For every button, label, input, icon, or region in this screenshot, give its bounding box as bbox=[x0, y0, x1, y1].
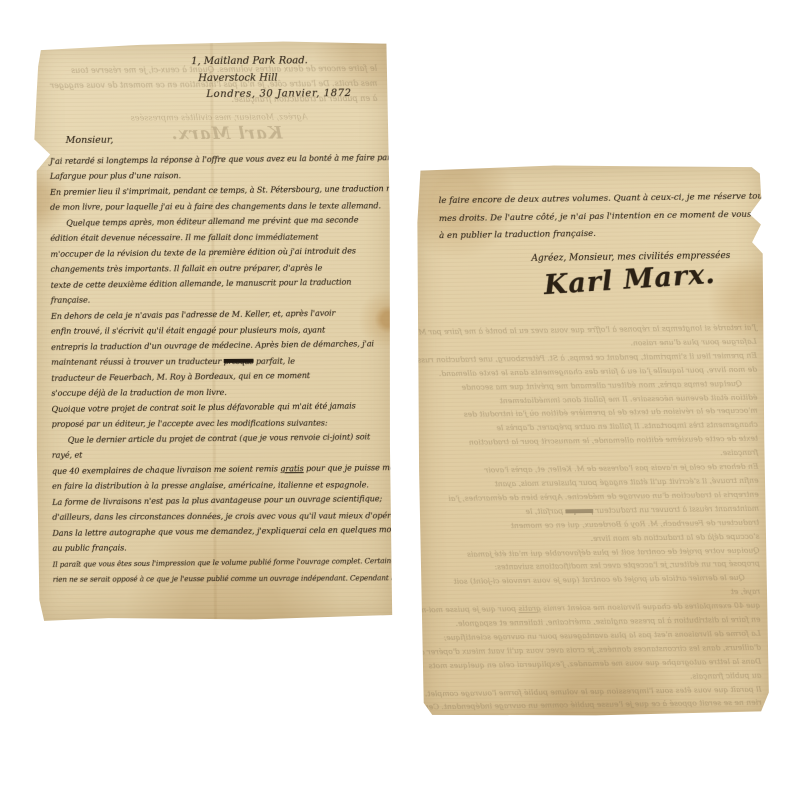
handwriting-segment: que 40 exemplaires de chaque livraison m… bbox=[52, 463, 280, 476]
photo-background: le faire encore de deux autres volumes. … bbox=[0, 0, 800, 800]
handwriting-line: entrepris la traduction d'un ouvrage de … bbox=[427, 488, 759, 507]
handwriting-line: que 40 exemplaires de chaque livraison m… bbox=[428, 599, 760, 618]
handwriting-line: 1, Maitland Park Road. bbox=[191, 53, 351, 71]
handwriting-line: rayé, et bbox=[428, 585, 760, 604]
handwriting-line: française. bbox=[426, 446, 758, 465]
handwriting-line: rien ne se serait opposé à ce que je l'e… bbox=[430, 696, 762, 715]
handwriting-line: s'occupe déjà de la traduction de mon li… bbox=[427, 529, 759, 548]
handwriting-line: En dehors de cela je n'avais pas l'adres… bbox=[426, 460, 758, 479]
handwriting-line: Il paraît que vous êtes sous l'impressio… bbox=[429, 682, 761, 701]
letter-page-2: le faire encore de deux autres volumes. … bbox=[414, 163, 770, 720]
handwriting-line: proposé par un éditeur, je l'accepte ave… bbox=[428, 557, 760, 576]
handwriting-segment: pour que je puisse moi-même bbox=[414, 604, 518, 615]
handwriting-segment: parfait, le bbox=[253, 355, 294, 365]
handwriting-line: Quoique votre projet de contrat soit le … bbox=[427, 543, 759, 562]
handwriting-segment: que 40 exemplaires de chaque livraison m… bbox=[541, 601, 761, 613]
handwriting-line: Londres, 30 Janvier, 1872 bbox=[206, 86, 351, 104]
underlined-word: gratis bbox=[518, 604, 541, 613]
handwriting-line: Que le dernier article du projet de cont… bbox=[428, 571, 760, 590]
letter-header-address: 1, Maitland Park Road.Haverstock HillLon… bbox=[191, 53, 352, 104]
handwriting-line: en faire la distribution à la presse ang… bbox=[428, 613, 760, 632]
handwriting-line: édition était devenue nécessaire. Il me … bbox=[425, 390, 757, 409]
handwriting-line: La forme de livraisons n'est pas la plus… bbox=[429, 627, 761, 646]
handwriting-line: Haverstock Hill bbox=[198, 70, 351, 88]
handwriting-line: changements très importants. Il fallait … bbox=[426, 418, 758, 437]
handwriting-line: de mon livre, pour laquelle j'ai eu à fa… bbox=[425, 362, 757, 381]
crossed-out-word: presque bbox=[565, 506, 593, 515]
handwriting-line: Quelque temps après, mon éditeur alleman… bbox=[425, 376, 757, 395]
bleedthrough-lines: J'ai retardé si longtemps la réponse à l… bbox=[424, 321, 761, 715]
handwriting-line: maintenant réussi à trouver un traducteu… bbox=[427, 501, 759, 520]
handwriting-line: d'ailleurs, dans les circonstances donné… bbox=[429, 641, 761, 660]
handwriting-segment: parfait, le bbox=[525, 506, 565, 516]
salutation: Monsieur, bbox=[66, 135, 114, 146]
handwriting-line: texte de cette deuxième édition allemand… bbox=[426, 432, 758, 451]
handwriting-line: traducteur de Feuerbach, M. Roy à Bordea… bbox=[427, 515, 759, 534]
karl-marx-signature: Karl Marx. bbox=[543, 259, 717, 301]
handwriting-line: rien ne se serait opposé à ce que je l'e… bbox=[53, 570, 387, 587]
handwriting-line: En premier lieu il s'imprimait, pendant … bbox=[425, 349, 757, 368]
handwriting-line: enfin trouvé, il s'écrivit qu'il était e… bbox=[427, 474, 759, 493]
crossed-out-word: presque bbox=[224, 355, 254, 365]
handwriting-segment: maintenant réussi à trouver un traducteu… bbox=[593, 503, 759, 514]
handwriting-line: Dans la lettre autographe que vous me de… bbox=[429, 654, 761, 673]
letter-body-page2: le faire encore de deux autres volumes. … bbox=[439, 189, 754, 246]
handwriting-line: à en publier la traduction française. bbox=[439, 224, 753, 246]
handwriting-line: m'occuper de la révision du texte de la … bbox=[426, 404, 758, 423]
letter-page-1: le faire encore de deux autres volumes. … bbox=[33, 41, 394, 623]
letter-body-page1: J'ai retardé si longtemps la réponse à l… bbox=[50, 151, 387, 587]
handwriting-line: au public français. bbox=[429, 668, 761, 687]
handwriting-line: Lafargue pour plus d'une raison. bbox=[425, 335, 757, 354]
handwriting-line: J'ai retardé si longtemps la réponse à l… bbox=[424, 321, 756, 340]
underlined-word: gratis bbox=[280, 463, 303, 473]
page2-bleedthrough: J'ai retardé si longtemps la réponse à l… bbox=[424, 321, 761, 715]
handwriting-segment: pour que je puisse moi-même bbox=[304, 462, 394, 473]
handwriting-segment: maintenant réussi à trouver un traducteu… bbox=[51, 355, 224, 366]
bleedthrough-closing: Agréez, Monsieur, mes civilités empressé… bbox=[47, 109, 307, 126]
